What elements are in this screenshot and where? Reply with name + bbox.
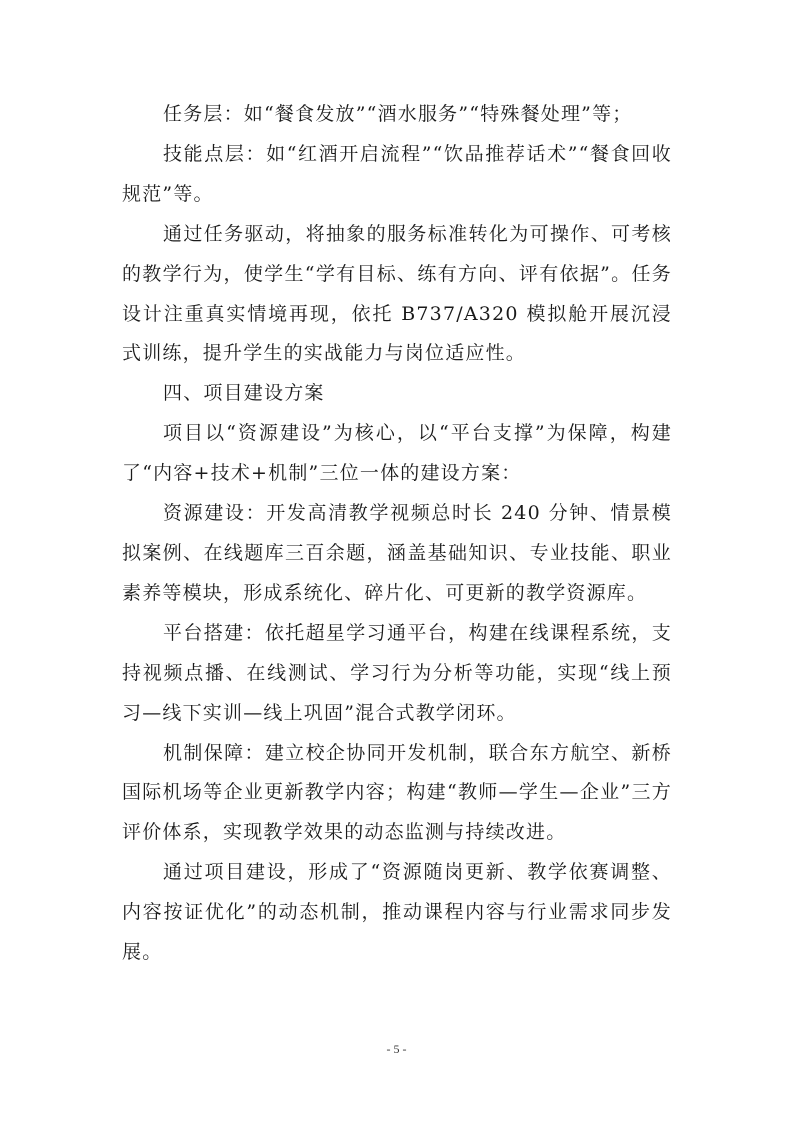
paragraph-mechanism-guarantee: 机制保障：建立校企协同开发机制，联合东方航空、新桥国际机场等企业更新教学内容；构… [122, 734, 672, 854]
paragraph-conclusion: 通过项目建设，形成了“资源随岗更新、教学依赛调整、内容按证优化”的动态机制，推动… [122, 853, 672, 973]
paragraph-resource-construction: 资源建设：开发高清教学视频总时长 240 分钟、情景模拟案例、在线题库三百余题，… [122, 494, 672, 614]
paragraph-skill-point-layer: 技能点层：如“红酒开启流程”“饮品推荐话术”“餐食回收规范”等。 [122, 135, 672, 215]
page-number: - 5 - [0, 1042, 793, 1057]
paragraph-task-layer: 任务层：如“餐食发放”“酒水服务”“特殊餐处理”等； [122, 95, 672, 135]
document-page: 任务层：如“餐食发放”“酒水服务”“特殊餐处理”等； 技能点层：如“红酒开启流程… [122, 95, 672, 973]
section-heading: 四、项目建设方案 [122, 374, 672, 414]
paragraph-platform-construction: 平台搭建：依托超星学习通平台，构建在线课程系统，支持视频点播、在线测试、学习行为… [122, 614, 672, 734]
paragraph-plan-intro: 项目以“资源建设”为核心，以“平台支撑”为保障，构建了“内容+技术+机制”三位一… [122, 414, 672, 494]
paragraph-task-driven-summary: 通过任务驱动，将抽象的服务标准转化为可操作、可考核的教学行为，使学生“学有目标、… [122, 215, 672, 375]
